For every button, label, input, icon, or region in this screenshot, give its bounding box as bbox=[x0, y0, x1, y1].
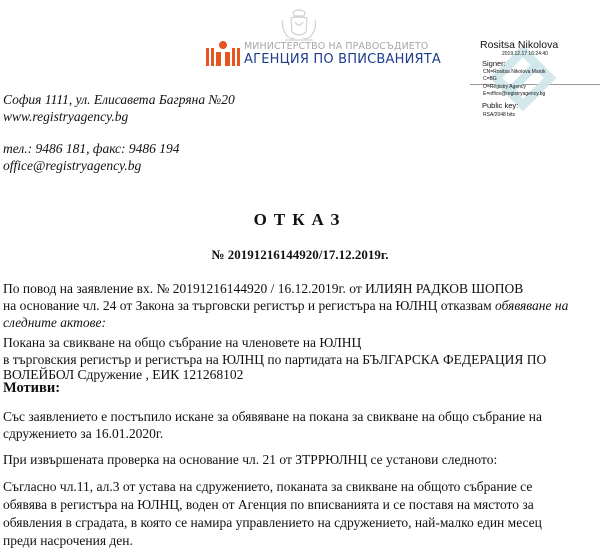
address-email[interactable]: office@registryagency.bg bbox=[3, 158, 141, 174]
address-phone-fax: тел.: 9486 181, факс: 9486 194 bbox=[3, 141, 180, 157]
public-key-label: Public key: bbox=[482, 101, 518, 110]
signer-label: Signer: bbox=[482, 59, 506, 68]
intro-line-2-emphasis: обявяване на bbox=[495, 298, 568, 313]
motive-3-line-1: Съгласно чл.11, ал.3 от устава на сдруже… bbox=[3, 478, 532, 495]
signer-cn: CN=Rositsa Nikolova Marok bbox=[483, 69, 546, 75]
signer-email: E=office@registryagency.bg bbox=[483, 91, 545, 97]
act-title: Покана за свикване на общо събрание на ч… bbox=[3, 334, 361, 351]
digital-signature-block[interactable]: Rositsa Nikolova 2019.12.17 16:24:40 Sig… bbox=[480, 39, 600, 124]
motive-1-line-1: Със заявлението е постъпило искане за об… bbox=[3, 408, 542, 425]
signature-timestamp: 2019.12.17 16:24:40 bbox=[502, 51, 548, 57]
motive-3-line-2: обявява в регистъра на ЮЛНЦ, воден от Аг… bbox=[3, 496, 534, 513]
signer-name: Rositsa Nikolova bbox=[480, 39, 558, 51]
document-title: ОТКАЗ bbox=[0, 210, 600, 230]
registry-agency-logo-icon bbox=[206, 40, 240, 66]
motive-3-line-3: обявления в сградата, в която се намира … bbox=[3, 514, 542, 531]
intro-line-1: По повод на заявление вх. № 201912161449… bbox=[3, 280, 523, 297]
intro-line-2: на основание чл. 24 от Закона за търговс… bbox=[3, 297, 568, 314]
address-street: София 1111, ул. Елисавета Багряна №20 bbox=[3, 92, 235, 108]
intro-line-3: следните актове: bbox=[3, 314, 106, 331]
signer-organization: O=Registry Agency bbox=[483, 84, 526, 90]
motives-heading: Мотиви: bbox=[3, 380, 60, 397]
address-website[interactable]: www.registryagency.bg bbox=[3, 109, 128, 125]
motive-1-line-2: сдружението за 16.01.2020г. bbox=[3, 425, 163, 442]
document-number: № 20191216144920/17.12.2019г. bbox=[0, 247, 600, 263]
coat-of-arms-icon bbox=[277, 8, 321, 44]
motive-2: При извършената проверка на основание чл… bbox=[3, 451, 497, 468]
ministry-name: МИНИСТЕРСТВО НА ПРАВОСЪДИЕТО bbox=[244, 41, 428, 52]
motive-3-line-4: преди насрочения ден. bbox=[3, 532, 133, 549]
agency-name: АГЕНЦИЯ ПО ВПИСВАНИЯТА bbox=[244, 52, 441, 67]
signer-country: C=BG bbox=[483, 76, 497, 82]
intro-line-2-text: на основание чл. 24 от Закона за търговс… bbox=[3, 298, 495, 313]
public-key-value: RSA/2048 bits bbox=[483, 112, 515, 118]
